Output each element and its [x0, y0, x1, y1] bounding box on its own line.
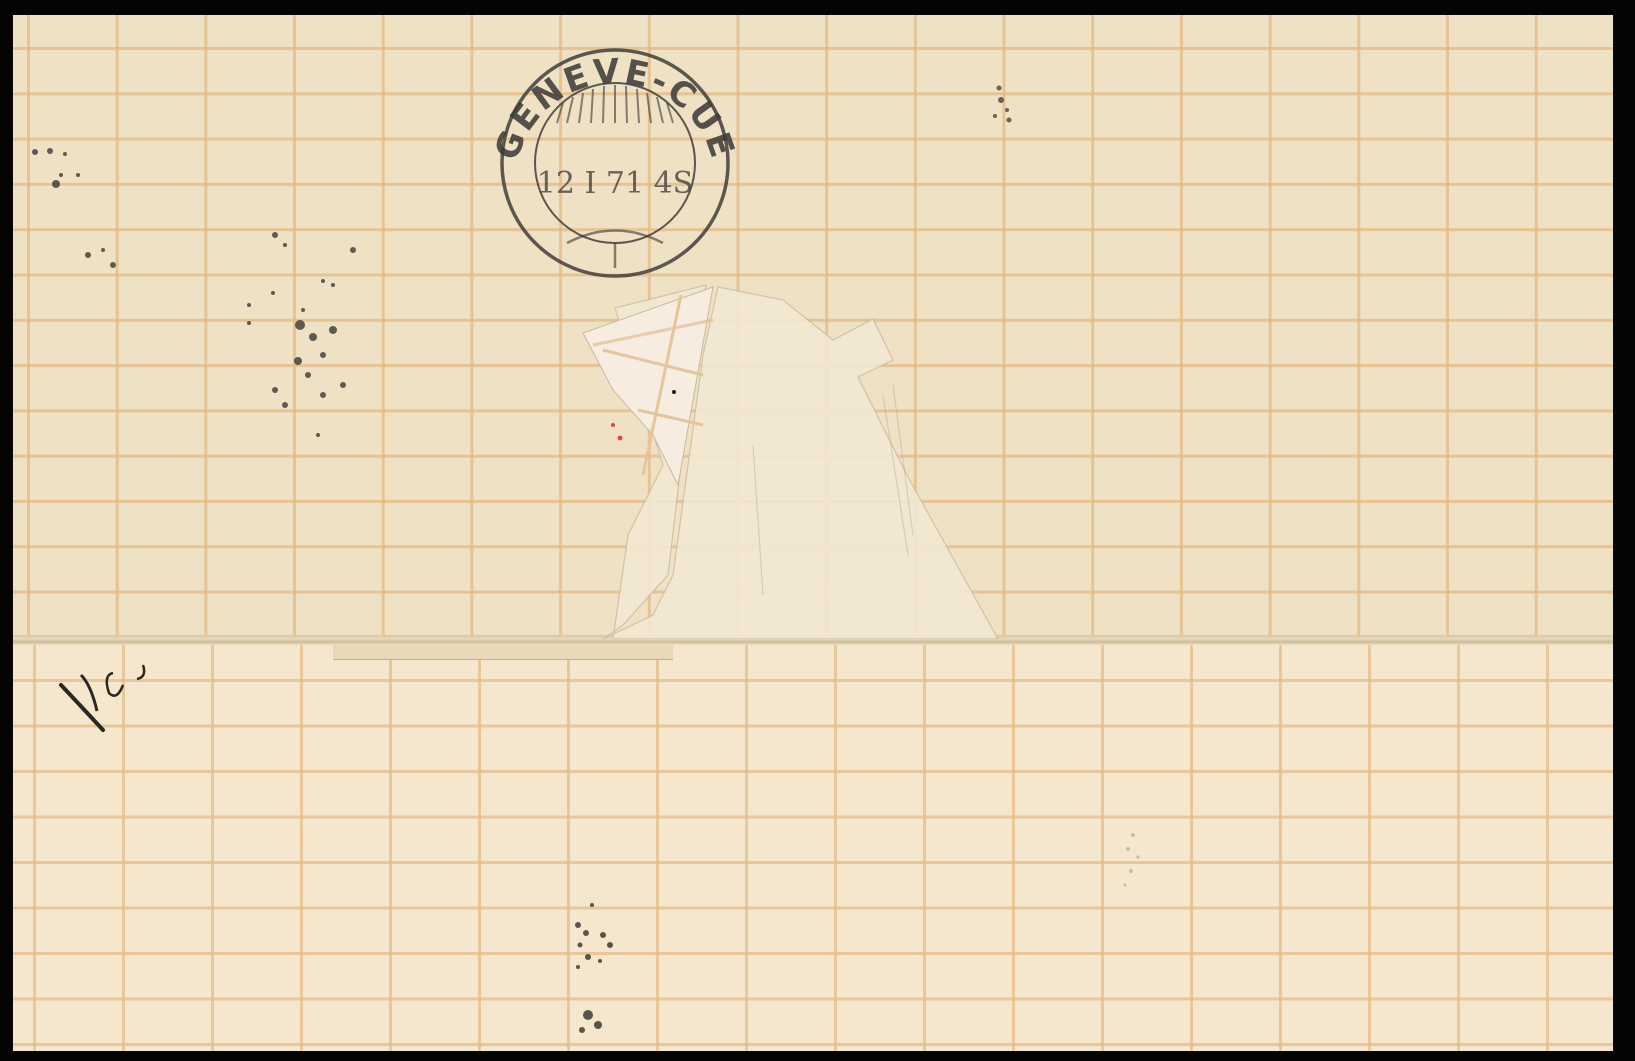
offset-ink-marks-left — [23, 75, 363, 455]
offset-ink-marks-top — [983, 70, 1023, 130]
letter-sheet: GENEVE-CUE 12 I 71 4S — [13, 15, 1613, 1051]
lower-panel-grid-paper — [13, 641, 1613, 1051]
scan-background: GENEVE-CUE 12 I 71 4S — [0, 0, 1635, 1061]
postmark-geneve: GENEVE-CUE 12 I 71 4S — [487, 43, 747, 283]
faint-stain-marks — [1103, 815, 1163, 905]
fold-line — [13, 635, 1613, 645]
postmark-date: 12 I 71 4S — [537, 166, 693, 201]
fold-edge-strip — [333, 643, 673, 660]
offset-ink-marks-bottom — [568, 875, 628, 1045]
handwritten-fragment — [43, 655, 153, 745]
